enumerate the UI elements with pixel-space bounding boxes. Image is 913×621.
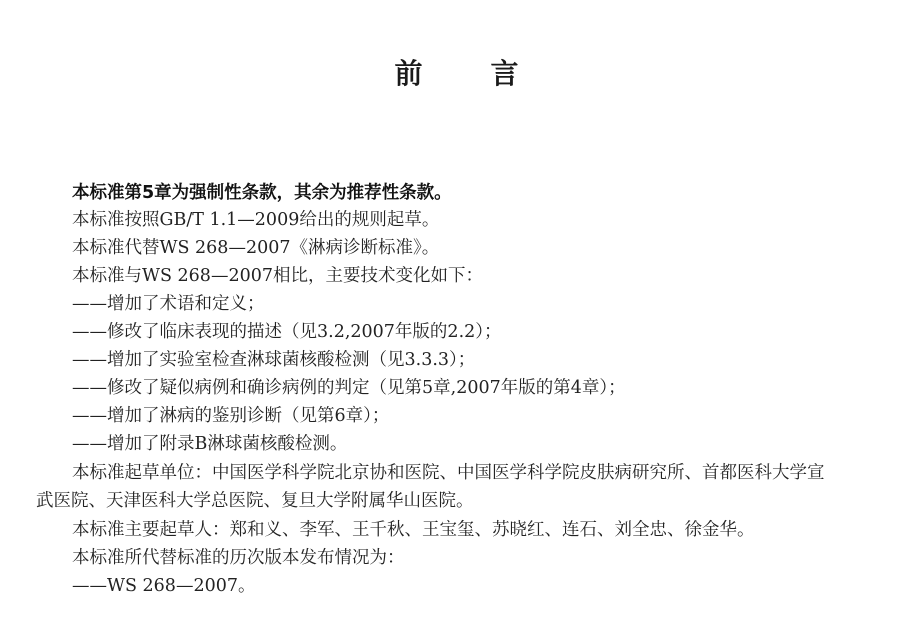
drafting-rules-statement: 本标准按照GB/T 1.1—2009给出的规则起草。 [72,207,439,233]
change-item: ——增加了术语和定义； [72,291,265,317]
main-drafters: 本标准主要起草人：郑和义、李军、王千秋、王宝玺、苏晓红、连石、刘全忠、徐金华。 [72,517,755,543]
version-history-intro: 本标准所代替标准的历次版本发布情况为： [72,545,405,571]
changes-intro: 本标准与WS 268—2007相比，主要技术变化如下： [72,263,483,289]
version-history-item: ——WS 268—2007。 [72,573,255,599]
document-page: 前言 本标准第5章为强制性条款，其余为推荐性条款。 本标准按照GB/T 1.1—… [0,0,913,621]
change-item: ——增加了实验室检查淋球菌核酸检测（见3.3.3）； [72,347,475,373]
change-item: ——修改了疑似病例和确诊病例的判定（见第5章,2007年版的第4章）； [72,375,626,401]
change-item: ——修改了临床表现的描述（见3.2,2007年版的2.2）； [72,319,502,345]
mandatory-clause-statement: 本标准第5章为强制性条款，其余为推荐性条款。 [72,180,452,206]
drafting-units-continued: 武医院、天津医科大学总医院、复旦大学附属华山医院。 [36,488,474,514]
title-char-1: 前 [394,52,422,92]
page-title: 前言 [0,52,913,92]
change-item: ——增加了附录B淋球菌核酸检测。 [72,431,347,457]
title-char-2: 言 [491,52,519,92]
replacement-statement: 本标准代替WS 268—2007《淋病诊断标准》。 [72,235,439,261]
change-item: ——增加了淋病的鉴别诊断（见第6章）； [72,403,389,429]
drafting-units: 本标准起草单位：中国医学科学院北京协和医院、中国医学科学院皮肤病研究所、首都医科… [72,460,825,486]
